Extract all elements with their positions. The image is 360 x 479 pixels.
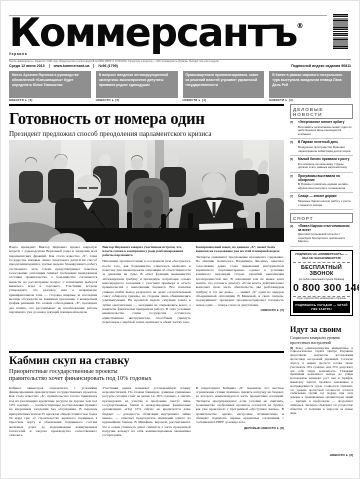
lead-column-2-text: Напомним, противостояние в сессионном за… — [102, 259, 190, 324]
business-item-text: Его влияние на экономику страны должно с… — [298, 163, 353, 170]
issue-number: №96 (1799) — [98, 64, 117, 68]
second-column-2: Участники рынка называют установленную п… — [102, 386, 190, 470]
lead-body: Вчера президент Виктор Янукович провел з… — [9, 245, 284, 349]
business-item-body: В Париже нелетный день Воздушное простра… — [298, 141, 353, 153]
teaser-page-ref: НОВОСТИ ► [3] — [9, 99, 91, 102]
second-column-1: Кабинет министров определился с условиям… — [9, 386, 97, 470]
business-item-body: «Энергоатом» меняет орбиту Возглавить го… — [298, 121, 353, 136]
logo-text: Коммерсантъ — [9, 11, 297, 56]
sport-header: СПОРТ — [290, 213, 353, 223]
second-column-3: В секретариате Кабмина „Ъ“ пояснили, что… — [196, 386, 284, 470]
third-body-text: Фонд «Демократические инициативы» и соци… — [290, 347, 353, 415]
lead-column-2: Виктор Янукович заверил участников встре… — [102, 245, 190, 349]
page-number: [6] — [290, 158, 296, 170]
main-photo — [9, 140, 284, 242]
business-item-text: Возглавить госкомпанию может один из дей… — [298, 126, 353, 137]
second-column-3-text: В секретариате Кабмина „Ъ“ пояснили, что… — [196, 386, 284, 425]
business-item-text: В Украине появилась единая онлайн-афиша … — [298, 183, 353, 190]
teaser-page-ref: НОВОСТИ ► [4] — [269, 99, 351, 102]
registered-mark-icon: ® — [297, 22, 304, 30]
logo: Коммерсантъ® — [9, 18, 327, 50]
teaser-text: Правозащитники проанализировали, какие и… — [183, 71, 265, 98]
free-call-note: (из любого населенного пункта Украины) — [293, 278, 350, 281]
publisher-line: Газета «Коммерсантъ». Издается с 1992 го… — [9, 59, 351, 63]
third-body: [2] Фонд «Демократические инициативы» и … — [290, 347, 353, 451]
divider — [93, 64, 94, 68]
section-rule — [9, 104, 284, 106]
teaser-page-ref: НОВОСТИ ► [2] — [96, 99, 178, 102]
second-page-ref: ДЕЛОВЫЕ НОВОСТИ ► [8] — [196, 427, 284, 431]
page-number: [5] — [290, 121, 296, 136]
sport-item-text: Дмитрий Сосновский остался с серебром бо… — [298, 233, 353, 244]
second-subtitle: Приоритетные государственные проекты пра… — [9, 368, 284, 384]
masthead-logo-block: Коммерсантъ® Украина — [9, 15, 327, 56]
business-news-header: ДЕЛОВЫЕ НОВОСТИ — [290, 104, 353, 119]
business-item-body: Программы выставили на обозрение В Украи… — [298, 175, 353, 191]
lead-headline: Готовность от номера один — [9, 109, 284, 129]
subscription-phone: 0 800 300 1460 — [293, 282, 350, 297]
page-number: [7] — [290, 175, 296, 191]
teaser-4: В Киеве в рамках мирового гастрольного т… — [269, 71, 351, 103]
teaser-page-ref: НОВОСТИ ► [4] — [183, 99, 265, 102]
third-headline: Идут за своим — [290, 325, 353, 334]
lead-column-3-text: Эксперты оценивают предложение президент… — [196, 255, 284, 307]
page-number: [5] — [290, 141, 296, 153]
third-page-ref: НОВОСТИ ► [2] — [290, 453, 353, 457]
free-call-label: БЕСПЛАТНЫЙ ЗВОНОК — [293, 265, 350, 277]
sport-item-body: «Павел Ищенко стал чемпионом за всех» Дм… — [298, 225, 353, 244]
subscription-banner: ПОДПИШИСЬ СЕГОДНЯ — ЧИТАЙ УЖЕ ЗАВТРА! — [293, 301, 350, 312]
teaser-text: В вопросе введения антикоррупционной экс… — [96, 71, 178, 98]
photo-caption-2: Компромиссный пакет, по данным „Ъ“, може… — [196, 245, 284, 254]
business-item-4: [7] Программы выставили на обозрение В У… — [290, 173, 353, 194]
divider — [49, 64, 50, 68]
business-item-text: Воздушное пространство Франции парализов… — [298, 146, 353, 153]
teaser-text: В Киеве в рамках мирового гастрольного т… — [269, 71, 351, 98]
subscription-dept: Отдел подписки ЗАО «Коммерсантъ-Украина» — [293, 298, 350, 300]
photo-caption: Виктор Янукович заверил участников встре… — [102, 245, 190, 258]
barcode-icon — [333, 14, 348, 49]
content-area: Готовность от номера один Президент пред… — [9, 104, 351, 469]
page-number: [9] — [290, 225, 296, 244]
business-item-body: Малый бизнес призвали к росту Его влияни… — [298, 158, 353, 170]
site-url: www.kommersant.ua — [54, 64, 90, 68]
page-number: [7] — [290, 195, 296, 207]
teaser-text: Место Арсения Яценюка в руководстве обно… — [9, 71, 91, 98]
subscription-slogan: ПОДПИСКА НА «КОММЕРСАНТЪ» — ОНА НЕ ЗАКАН… — [293, 253, 350, 263]
business-item-text: Мировые биржи начали работу с роста стои… — [298, 200, 353, 207]
business-item-3: [6] Малый бизнес призвали к росту Его вл… — [290, 156, 353, 173]
issue-date: Среда 12 июня 2013 — [9, 64, 45, 68]
subscription-index: Подписной индекс издания 90811 — [291, 64, 351, 68]
subscription-ad: ПОДПИСКА НА «КОММЕРСАНТЪ» — ОНА НЕ ЗАКАН… — [290, 250, 353, 315]
subscription-slogan-line2: ОНА НЕ ЗАКАНЧИВАЕТСЯ! — [302, 256, 341, 260]
sport-item: [9] «Павел Ищенко стал чемпионом за всех… — [290, 223, 353, 247]
teaser-2: В вопросе введения антикоррупционной экс… — [96, 71, 178, 103]
article-divider — [9, 351, 284, 352]
business-item-5: [7] Слаще — значит дороже Мировые биржи … — [290, 193, 353, 210]
newspaper-front-page: Коммерсантъ® Украина Газета «Коммерсантъ… — [0, 0, 360, 479]
teaser-1: Место Арсения Яценюка в руководстве обно… — [9, 71, 91, 103]
dateline: Среда 12 июня 2013 www.kommersant.ua №96… — [9, 64, 351, 68]
teaser-3: Правозащитники проанализировали, какие и… — [183, 71, 265, 103]
teaser-row: Место Арсения Яценюка в руководстве обно… — [9, 71, 351, 103]
sidebar: ДЕЛОВЫЕ НОВОСТИ [5] «Энергоатом» меняет … — [290, 104, 353, 469]
business-item-1: [5] «Энергоатом» меняет орбиту Возглавит… — [290, 119, 353, 139]
business-item-body: Слаще — значит дороже Мировые биржи нача… — [298, 195, 353, 207]
masthead: Коммерсантъ® Украина — [9, 7, 351, 56]
main-column: Готовность от номера один Президент пред… — [9, 104, 284, 469]
business-item-2: [5] В Париже нелетный день Воздушное про… — [290, 139, 353, 156]
lead-column-1: Вчера президент Виктор Янукович провел з… — [9, 245, 97, 349]
lead-subtitle: Президент предложил способ преодоления п… — [9, 130, 284, 138]
third-subtitle: Социологи замерили уровень протестных на… — [290, 335, 353, 345]
second-headline: Кабмин скуп на ставку — [9, 355, 284, 367]
second-body: Кабинет министров определился с условиям… — [9, 386, 284, 470]
lead-column-3: Компромиссный пакет, по данным „Ъ“, може… — [196, 245, 284, 349]
lead-page-ref: НОВОСТИ ► [2] — [196, 309, 284, 313]
dateline-left: Среда 12 июня 2013 www.kommersant.ua №96… — [9, 64, 118, 68]
